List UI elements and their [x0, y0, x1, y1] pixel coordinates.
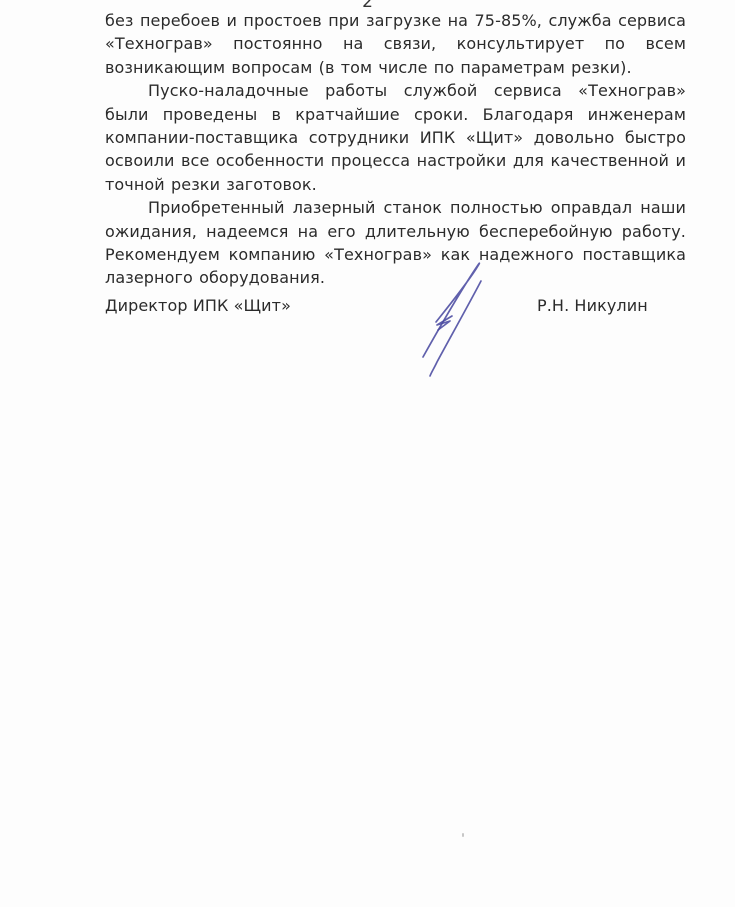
signatory-name: Р.Н. Никулин	[537, 296, 648, 315]
signature-stroke-loop	[423, 263, 479, 357]
scanned-letter-page: 2 без перебоев и простоев при загрузке н…	[0, 0, 735, 907]
paragraph-uptime-service: без перебоев и простоев при загрузке на …	[105, 9, 686, 79]
letter-body: без перебоев и простоев при загрузке на …	[105, 9, 686, 290]
paragraph-commissioning: Пуско-наладочные работы службой сервиса …	[105, 79, 686, 196]
signatory-title: Директор ИПК «Щит»	[105, 296, 291, 315]
signature-ink	[395, 250, 505, 382]
signature-stroke-tail	[430, 281, 481, 376]
scan-speck	[462, 833, 464, 837]
